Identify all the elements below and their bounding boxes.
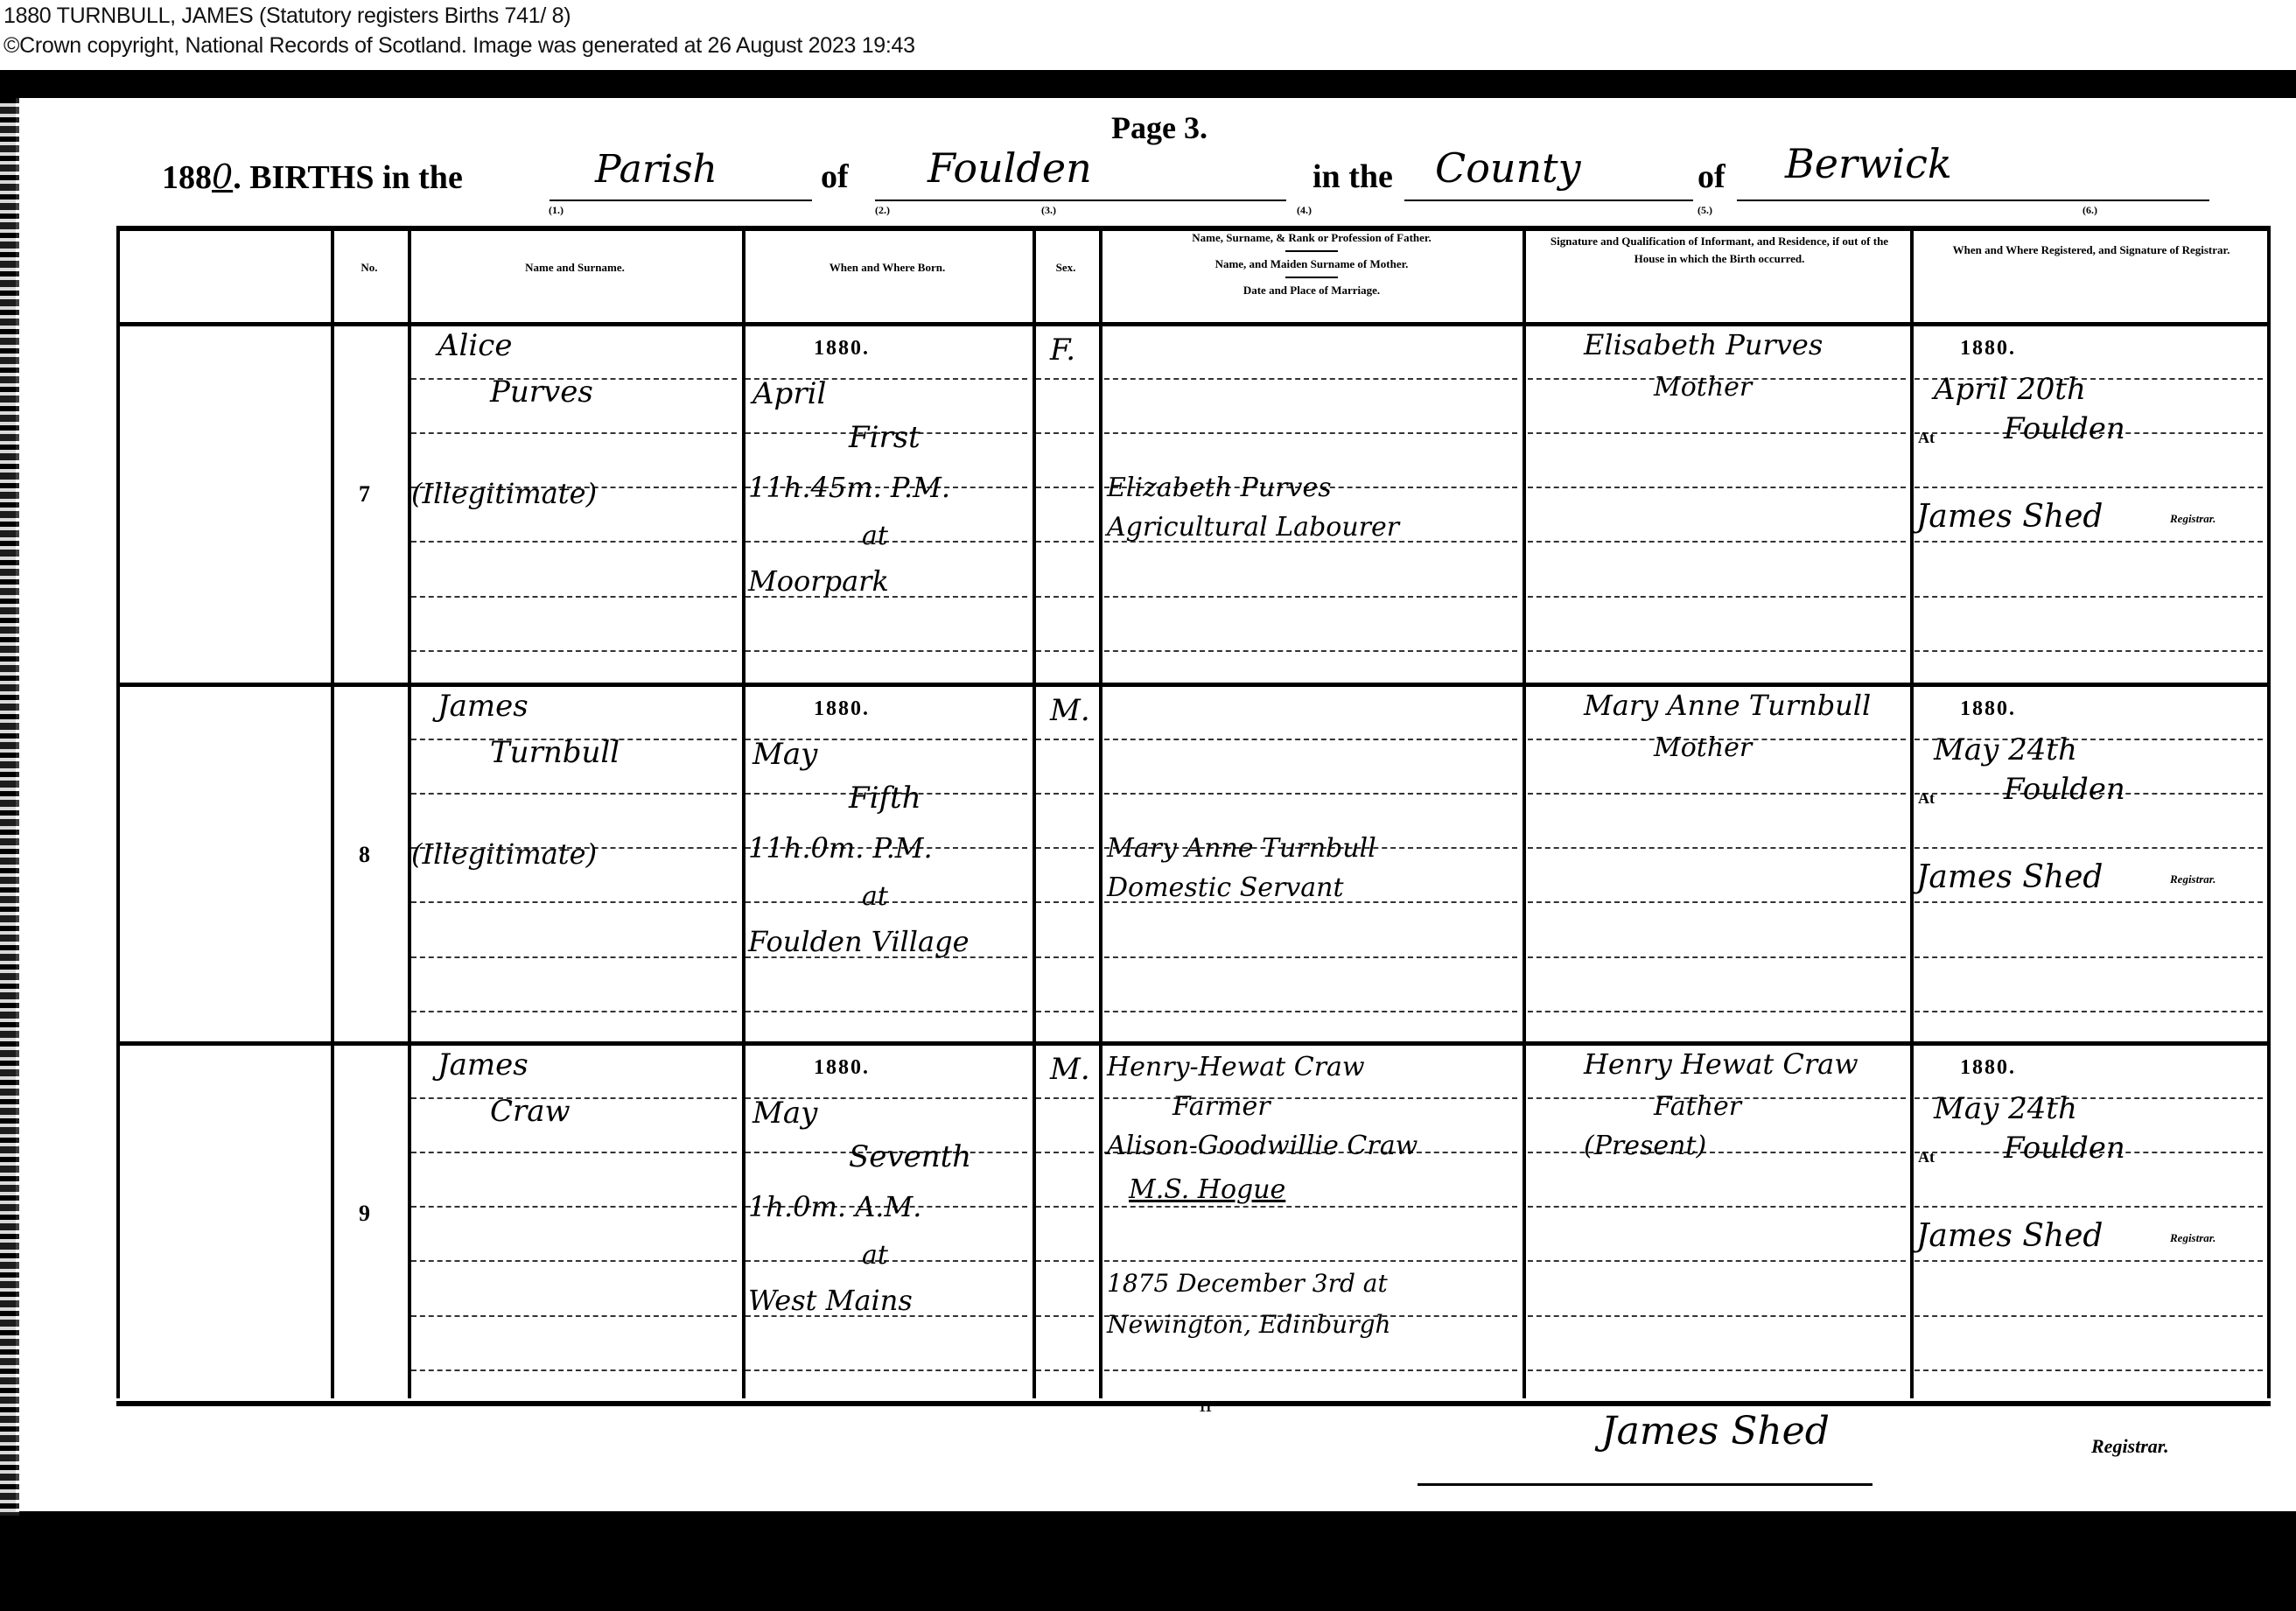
entry-9-registered-place: Foulden bbox=[2004, 1131, 2125, 1166]
entry-9-father: Henry-Hewat Craw bbox=[1107, 1052, 1365, 1082]
entry-8-sex: M. bbox=[1050, 693, 1090, 728]
entry-8-informant: Mary Anne Turnbull bbox=[1584, 689, 1871, 722]
entry-8-mother: Mary Anne Turnbull bbox=[1107, 833, 1376, 864]
entry-9-born-time: 1h.0m. A.M. bbox=[748, 1190, 921, 1223]
entry-7-born-time: 11h.45m. P.M. bbox=[748, 471, 950, 504]
of-label-1: of bbox=[821, 158, 849, 196]
header-parents: Name, Surname, & Rank or Profession of F… bbox=[1104, 229, 1519, 299]
header-informant: Signature and Qualification of Informant… bbox=[1540, 233, 1899, 268]
entry-7-born-place: Moorpark bbox=[748, 564, 889, 598]
entry-7-mother: Elizabeth Purves bbox=[1107, 473, 1332, 503]
col-num-2: (2.) bbox=[875, 204, 890, 217]
header-sex: Sex. bbox=[1032, 259, 1099, 277]
col-num-6: (6.) bbox=[2082, 204, 2097, 217]
entry-9-registrar-signature: James Shed bbox=[1916, 1218, 2103, 1254]
entry-7-number: 7 bbox=[359, 481, 370, 508]
entry-7-note: (Illegitimate) bbox=[411, 477, 597, 510]
entry-9-born-month: May bbox=[752, 1096, 817, 1131]
entry-7-registered-year: 1880. bbox=[1960, 337, 2016, 361]
header-registered: When and Where Registered, and Signature… bbox=[1942, 242, 2240, 259]
entry-7-born-year: 1880. bbox=[814, 337, 870, 361]
entry-9-forename: James bbox=[437, 1047, 528, 1082]
entry-7-registrar-signature: James Shed bbox=[1916, 499, 2103, 535]
entry-8-mother-occupation: Domestic Servant bbox=[1107, 872, 1344, 903]
in-the-label: in the bbox=[1312, 158, 1393, 196]
district-name: Foulden bbox=[927, 144, 1092, 192]
entry-8-registered-year: 1880. bbox=[1960, 697, 2016, 721]
entry-9-registered-at-label: At bbox=[1918, 1148, 1935, 1166]
header-born: When and Where Born. bbox=[742, 259, 1032, 277]
col-num-4: (4.) bbox=[1297, 204, 1312, 217]
entry-7-informant-qualification: Mother bbox=[1654, 372, 1752, 403]
register-title: 1880. BIRTHS in the bbox=[162, 158, 463, 197]
entry-9-born-at: at bbox=[862, 1240, 888, 1271]
col-num-3: (3.) bbox=[1041, 204, 1056, 217]
entry-7-registrar-label: Registrar. bbox=[2170, 512, 2215, 526]
entry-7-born-at: at bbox=[862, 521, 888, 551]
footer-registrar-label: Registrar. bbox=[2091, 1435, 2169, 1458]
header-father: Name, Surname, & Rank or Profession of F… bbox=[1104, 229, 1519, 247]
entry-7-registered-place: Foulden bbox=[2004, 411, 2125, 446]
viewer-header: 1880 TURNBULL, JAMES (Statutory register… bbox=[0, 0, 2296, 70]
entry-7-born-day: First bbox=[849, 420, 920, 455]
entry-8-born-at: at bbox=[862, 881, 888, 912]
entry-9-number: 9 bbox=[359, 1201, 370, 1227]
year-prefix: 188 bbox=[162, 159, 212, 196]
entry-8-registrar-signature: James Shed bbox=[1916, 859, 2103, 895]
entry-9-born-year: 1880. bbox=[814, 1056, 870, 1080]
entry-7-born-month: April bbox=[752, 376, 826, 411]
col-num-5: (5.) bbox=[1697, 204, 1712, 217]
entry-8-born-year: 1880. bbox=[814, 697, 870, 721]
entry-9-marriage-place: Newington, Edinburgh bbox=[1107, 1310, 1391, 1339]
entry-9-sex: M. bbox=[1050, 1052, 1090, 1087]
entry-8-informant-qualification: Mother bbox=[1654, 732, 1752, 763]
births-label: . BIRTHS in the bbox=[233, 159, 463, 196]
of-label-2: of bbox=[1697, 158, 1725, 196]
entry-8-born-day: Fifth bbox=[849, 781, 921, 816]
entry-8-registered-date: May 24th bbox=[1934, 732, 2077, 767]
record-title: 1880 TURNBULL, JAMES (Statutory register… bbox=[3, 4, 570, 29]
entry-9-registrar-label: Registrar. bbox=[2170, 1231, 2215, 1245]
area-type: County bbox=[1435, 144, 1581, 192]
entry-9-surname: Craw bbox=[490, 1094, 570, 1129]
entry-7-registered-date: April 20th bbox=[1934, 372, 2086, 407]
entry-8-registered-at-label: At bbox=[1918, 789, 1935, 808]
entry-7-informant: Elisabeth Purves bbox=[1584, 328, 1823, 361]
entry-8-born-month: May bbox=[752, 737, 817, 772]
header-name: Name and Surname. bbox=[408, 259, 742, 277]
entry-8-born-time: 11h.0m. P.M. bbox=[748, 831, 933, 865]
entry-9-father-occupation: Farmer bbox=[1172, 1091, 1270, 1122]
entry-9-born-day: Seventh bbox=[849, 1139, 971, 1174]
entry-7-mother-occupation: Agricultural Labourer bbox=[1107, 512, 1399, 543]
county-name: Berwick bbox=[1785, 140, 1952, 187]
entry-8-surname: Turnbull bbox=[490, 735, 619, 770]
entry-8-registered-place: Foulden bbox=[2004, 772, 2125, 807]
col-num-1: (1.) bbox=[549, 204, 563, 217]
entry-9-born-place: West Mains bbox=[748, 1284, 913, 1317]
entry-9-registered-date: May 24th bbox=[1934, 1091, 2077, 1126]
entry-9-registered-year: 1880. bbox=[1960, 1056, 2016, 1080]
header-marriage: Date and Place of Marriage. bbox=[1104, 282, 1519, 299]
entry-9-informant-qualification: Father bbox=[1654, 1091, 1741, 1122]
entry-8-number: 8 bbox=[359, 842, 370, 868]
binding-edge bbox=[0, 98, 19, 1516]
entry-7-forename: Alice bbox=[437, 328, 512, 363]
page-label: Page 3. bbox=[1111, 109, 1207, 146]
entry-9-marriage-date: 1875 December 3rd at bbox=[1107, 1269, 1388, 1298]
entry-9-informant: Henry Hewat Craw bbox=[1584, 1047, 1858, 1081]
entry-8-registrar-label: Registrar. bbox=[2170, 872, 2215, 886]
footer-signature: James Shed bbox=[1601, 1409, 1830, 1453]
year-suffix: 0 bbox=[212, 158, 233, 196]
entry-7-registered-at-label: At bbox=[1918, 429, 1935, 447]
entry-8-forename: James bbox=[437, 689, 528, 724]
entry-9-mother: Alison-Goodwillie Craw bbox=[1107, 1131, 1417, 1161]
page-mark: 11 bbox=[1199, 1400, 1212, 1416]
entry-9-informant-residence: (Present) bbox=[1584, 1131, 1706, 1161]
entry-8-born-place: Foulden Village bbox=[748, 925, 969, 958]
header-no: No. bbox=[331, 259, 408, 277]
entry-7-surname: Purves bbox=[490, 375, 593, 410]
district-type: Parish bbox=[595, 147, 717, 192]
entry-7-sex: F. bbox=[1050, 333, 1075, 368]
copyright-notice: ©Crown copyright, National Records of Sc… bbox=[3, 33, 915, 59]
entry-9-mother-occupation: M.S. Hogue bbox=[1129, 1174, 1285, 1205]
header-mother: Name, and Maiden Surname of Mother. bbox=[1104, 256, 1519, 273]
entry-8-note: (Illegitimate) bbox=[411, 837, 597, 871]
